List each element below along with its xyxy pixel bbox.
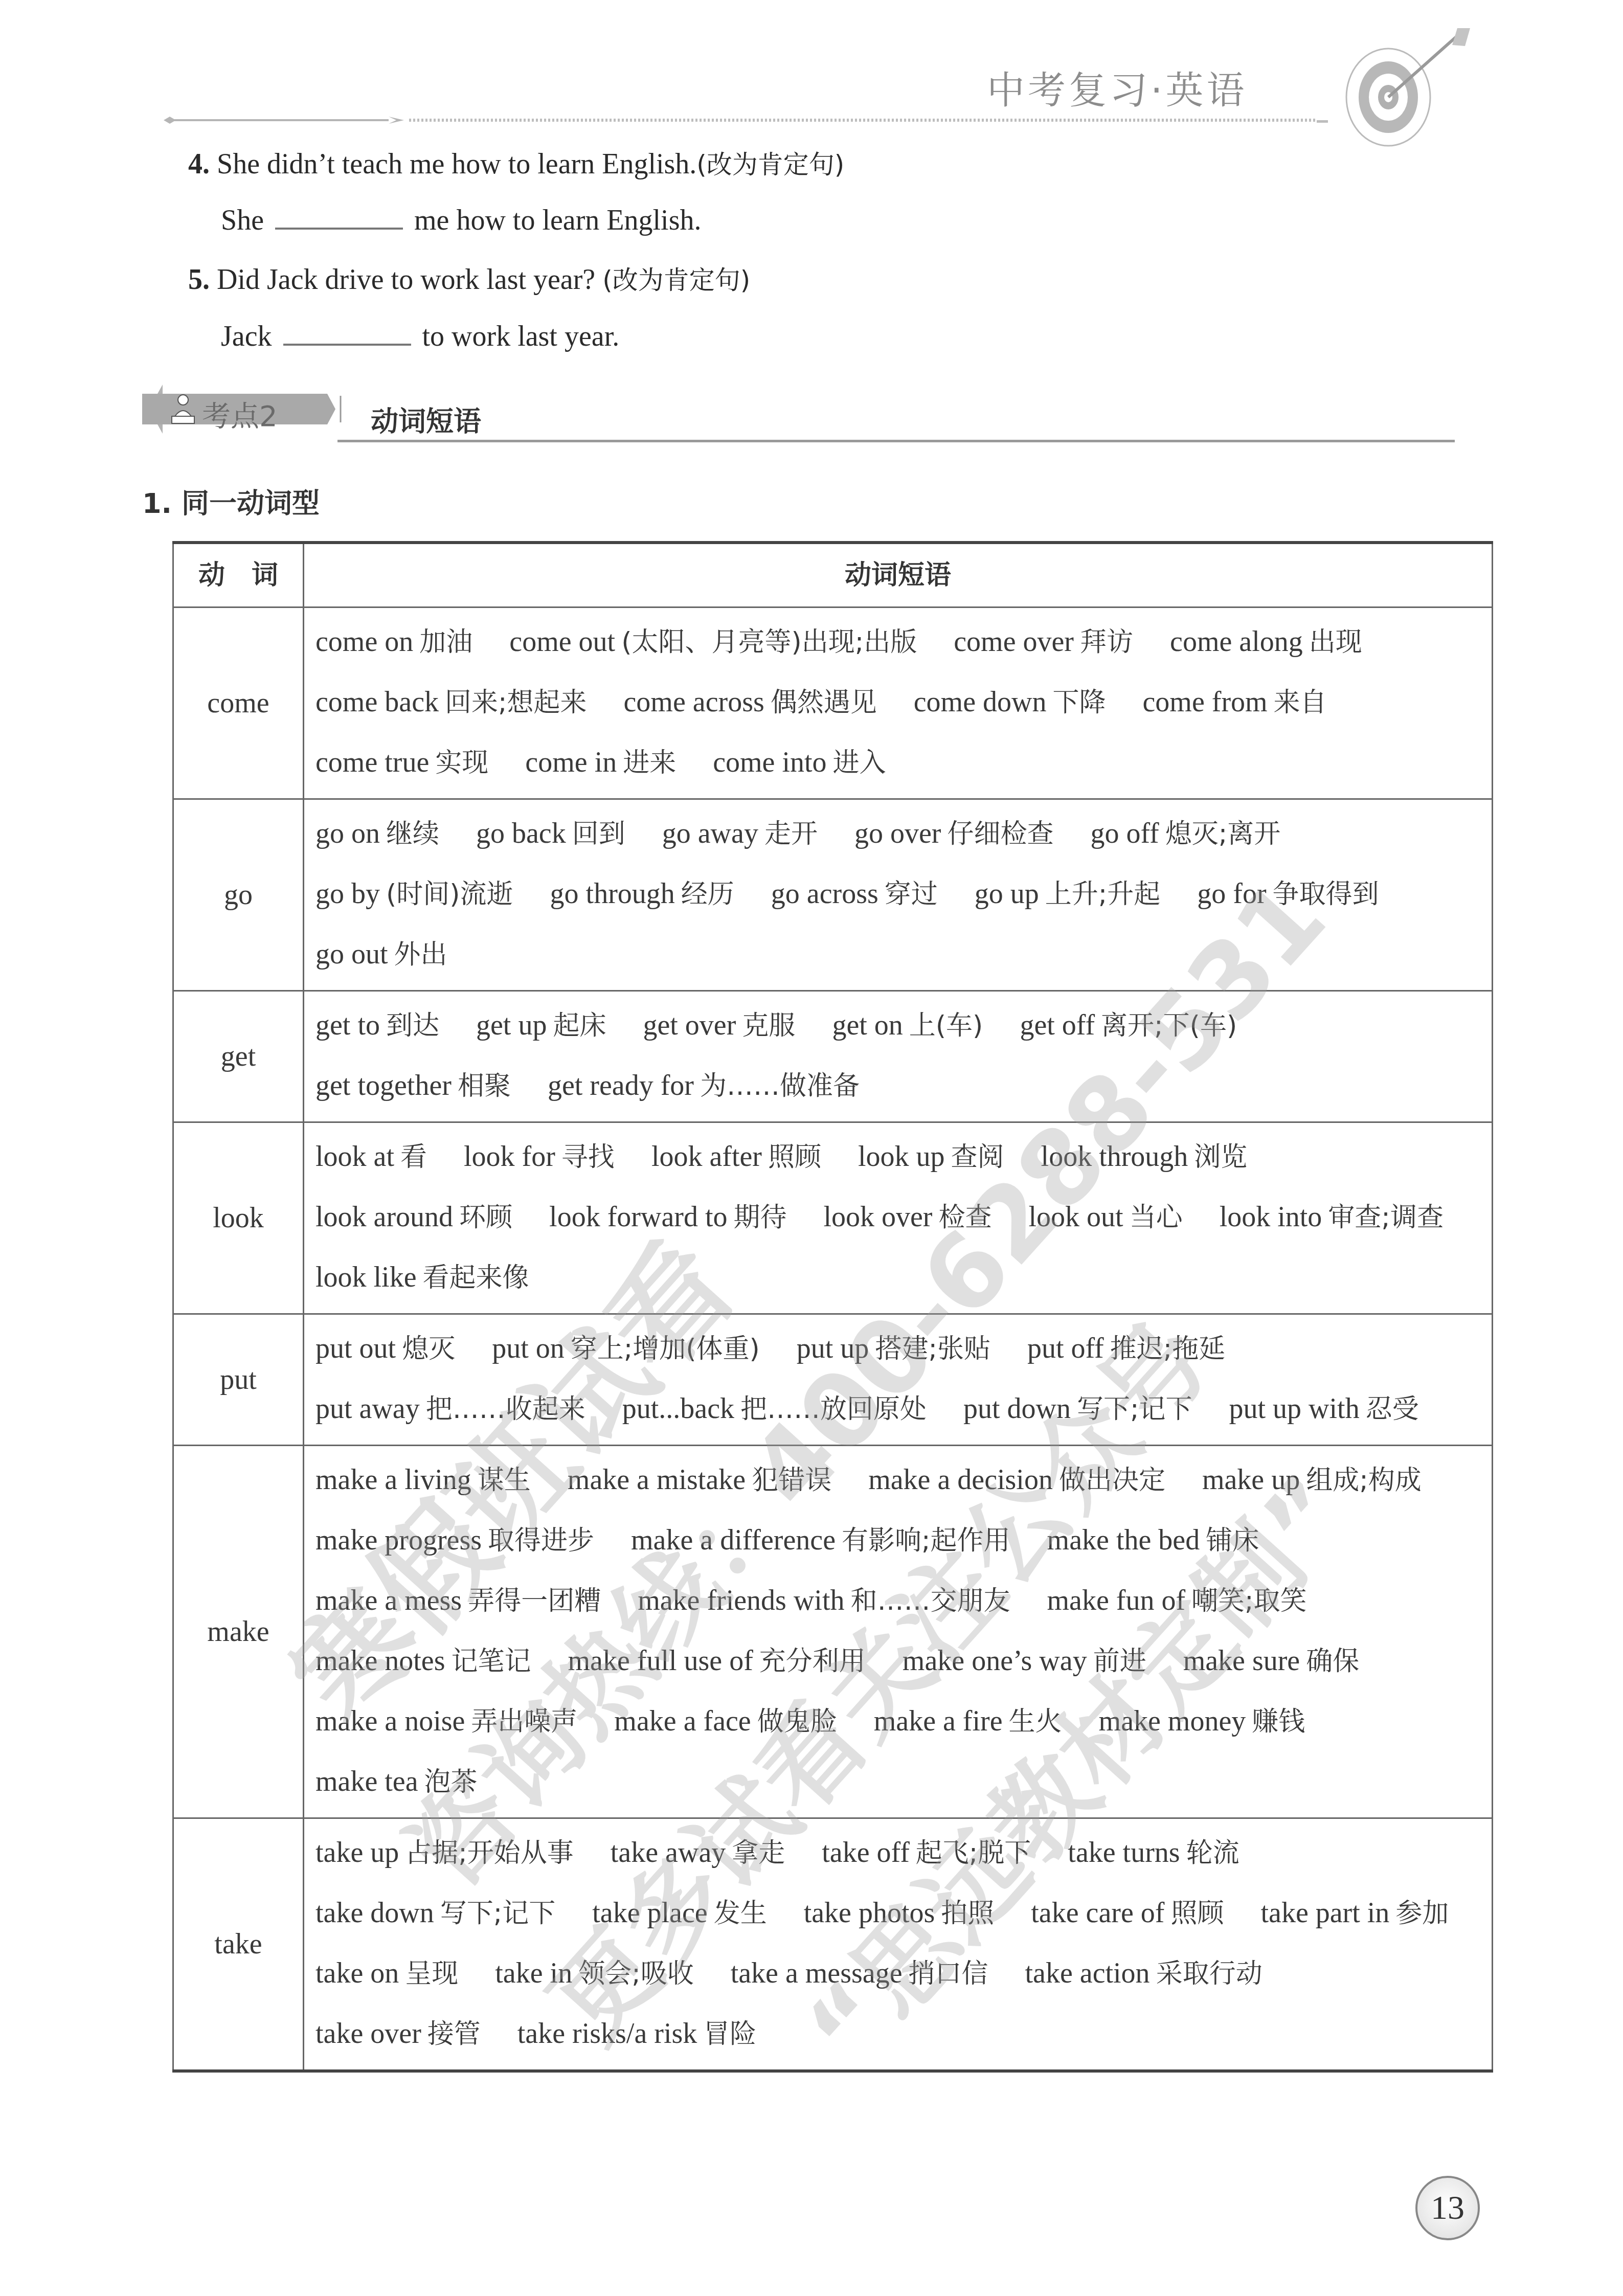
phrase-chinese: 进入 xyxy=(833,748,886,778)
phrase-english: take off xyxy=(822,1837,910,1869)
phrase-item: go away走开 xyxy=(662,818,818,849)
phrase-english: come into xyxy=(713,747,826,778)
answer-suffix: me how to learn English. xyxy=(414,205,701,236)
phrase-english: make full use of xyxy=(568,1645,753,1677)
table-row: putput out熄灭 put on穿上;增加(体重) put up搭建;张贴… xyxy=(173,1314,1493,1446)
phrase-chinese: 相聚 xyxy=(458,1071,511,1101)
phrase-english: take a message xyxy=(731,1957,903,1989)
phrase-chinese: 检查 xyxy=(939,1202,992,1233)
phrase-english: make a living xyxy=(315,1464,471,1496)
phrase-chinese: 充分利用 xyxy=(759,1646,866,1677)
phrase-chinese: 弄得一团糟 xyxy=(468,1586,601,1616)
phrase-item: come true实现 xyxy=(315,747,488,778)
running-header-title: 中考复习·英语 xyxy=(987,60,1248,115)
phrase-item: take risks/a risk冒险 xyxy=(517,2018,757,2050)
phrase-chinese: 呈现 xyxy=(405,1959,458,1989)
phrase-english: make notes xyxy=(315,1645,445,1677)
section-tag-label: 考点2 xyxy=(202,394,278,435)
phrase-chinese: 犯错误 xyxy=(752,1465,831,1496)
verb-cell: make xyxy=(173,1446,304,1818)
phrase-chinese: 写下;记下 xyxy=(1077,1394,1192,1425)
phrase-english: get off xyxy=(1020,1009,1095,1041)
phrase-chinese: 外出 xyxy=(394,939,447,970)
page-number: 13 xyxy=(1415,2176,1480,2240)
phrase-english: take part in xyxy=(1260,1897,1389,1929)
phrase-item: make money赚钱 xyxy=(1099,1705,1305,1737)
phrase-item: go on继续 xyxy=(315,818,439,849)
phrase-chinese: 领会;吸收 xyxy=(578,1959,694,1989)
phrase-item: go back回到 xyxy=(476,818,625,849)
phrase-item: go out外出 xyxy=(315,938,447,970)
phrase-item: come back回来;想起来 xyxy=(315,686,587,718)
phrase-chinese: 看 xyxy=(400,1142,427,1173)
phrase-item: look through浏览 xyxy=(1041,1141,1248,1173)
phrase-chinese: 回来;想起来 xyxy=(445,687,587,718)
phrase-english: take turns xyxy=(1068,1837,1180,1869)
phrase-chinese: 熄灭;离开 xyxy=(1165,819,1281,849)
phrase-english: get ready for xyxy=(548,1070,694,1101)
phrase-chinese: 忍受 xyxy=(1366,1394,1419,1425)
verb-cell: look xyxy=(173,1122,304,1314)
phrase-item: make up组成;构成 xyxy=(1202,1464,1422,1496)
phrase-english: put...back xyxy=(622,1393,734,1425)
phrase-chinese: 当心 xyxy=(1130,1202,1183,1233)
phrase-item: put out熄灭 xyxy=(315,1333,455,1364)
phrase-chinese: 偶然遇见 xyxy=(771,687,877,718)
phrase-chinese: 把……收起来 xyxy=(426,1394,585,1425)
phrase-english: go by xyxy=(315,878,380,910)
phrase-english: make a mess xyxy=(315,1585,462,1616)
phrase-item: make sure确保 xyxy=(1183,1645,1360,1677)
phrase-english: come true xyxy=(315,747,429,778)
table-row: comecome on加油 come out(太阳、月亮等)出现;出版 come… xyxy=(173,607,1493,799)
phrase-item: take photos拍照 xyxy=(804,1897,995,1929)
phrase-chinese: 接管 xyxy=(427,2019,481,2050)
phrase-english: come across xyxy=(624,686,764,718)
phrase-item: put...back把……放回原处 xyxy=(622,1393,927,1425)
answer-blank[interactable] xyxy=(283,318,411,346)
phrase-chinese: 铺床 xyxy=(1206,1525,1259,1556)
phrase-chinese: 起飞;脱下 xyxy=(916,1838,1031,1869)
phrase-english: make money xyxy=(1099,1705,1246,1737)
phrase-item: go through经历 xyxy=(550,878,734,910)
table-row: taketake up占据;开始从事 take away拿走 take off起… xyxy=(173,1818,1493,2072)
phrase-english: take away xyxy=(611,1837,726,1869)
phrase-item: take turns轮流 xyxy=(1068,1837,1239,1869)
phrase-chinese: 推迟;拖延 xyxy=(1110,1334,1226,1364)
phrase-item: put down写下;记下 xyxy=(963,1393,1192,1425)
question-4-answer: Sheme how to learn English. xyxy=(221,202,701,237)
phrase-english: make up xyxy=(1202,1464,1300,1496)
phrase-english: look forward to xyxy=(549,1201,727,1233)
phrase-chinese: 搭建;张贴 xyxy=(875,1334,990,1364)
phrase-english: put on xyxy=(492,1333,565,1364)
phrase-chinese: 弄出噪声 xyxy=(471,1706,577,1737)
answer-prefix: Jack xyxy=(221,321,272,352)
phrase-english: make progress xyxy=(315,1524,482,1556)
phrase-item: make the bed铺床 xyxy=(1047,1524,1259,1556)
phrase-item: go over仔细检查 xyxy=(854,818,1054,849)
phrase-item: look at看 xyxy=(315,1141,427,1173)
answer-blank[interactable] xyxy=(275,202,403,230)
phrase-item: look around环顾 xyxy=(315,1201,512,1233)
phrase-english: get on xyxy=(832,1009,903,1041)
phrase-item: take away拿走 xyxy=(611,1837,785,1869)
header-phrases: 动词短语 xyxy=(304,543,1493,607)
subsection-title: 1. 同一动词型 xyxy=(142,482,320,521)
phrase-chinese: 回到 xyxy=(572,819,625,849)
phrase-chinese: 做鬼脸 xyxy=(757,1706,837,1737)
phrase-item: come from来自 xyxy=(1142,686,1326,718)
phrase-chinese: 起床 xyxy=(553,1010,606,1041)
phrase-english: go over xyxy=(854,818,941,849)
phrase-english: look after xyxy=(651,1141,762,1173)
phrase-item: come along出现 xyxy=(1170,626,1362,658)
phrase-chinese: 走开 xyxy=(764,819,818,849)
phrase-item: put up搭建;张贴 xyxy=(797,1333,990,1364)
phrase-item: take a message捎口信 xyxy=(731,1957,988,1989)
question-4: 4. She didn’t teach me how to learn Engl… xyxy=(188,144,844,181)
question-number: 5. xyxy=(188,264,210,296)
phrase-item: take in领会;吸收 xyxy=(495,1957,693,1989)
phrase-english: get over xyxy=(643,1009,736,1041)
answer-prefix: She xyxy=(221,205,264,236)
section-title: 动词短语 xyxy=(371,400,481,439)
phrase-item: come down下降 xyxy=(914,686,1106,718)
phrases-cell: get to到达 get up起床 get over克服 get on上(车) … xyxy=(304,991,1493,1122)
phrase-chinese: (时间)流逝 xyxy=(386,879,513,910)
phrase-item: make a mistake犯错误 xyxy=(568,1464,831,1496)
phrase-english: go through xyxy=(550,878,675,910)
phrase-english: make friends with xyxy=(638,1585,844,1616)
phrase-item: get up起床 xyxy=(476,1009,606,1041)
verb-phrase-table: 动 词 动词短语 comecome on加油 come out(太阳、月亮等)出… xyxy=(172,541,1493,2073)
phrase-chinese: 拿走 xyxy=(732,1838,785,1869)
phrase-chinese: 嘲笑;取笑 xyxy=(1191,1586,1307,1616)
phrase-english: look into xyxy=(1220,1201,1322,1233)
phrase-chinese: 上升;升起 xyxy=(1045,879,1161,910)
phrase-chinese: 查阅 xyxy=(951,1142,1004,1173)
phrase-english: come on xyxy=(315,626,413,658)
phrase-item: make a noise弄出噪声 xyxy=(315,1705,577,1737)
phrase-english: get to xyxy=(315,1009,380,1041)
phrase-chinese: 为……做准备 xyxy=(700,1071,860,1101)
phrase-item: look after照顾 xyxy=(651,1141,821,1173)
phrase-chinese: 争取得到 xyxy=(1273,879,1379,910)
phrase-item: make a difference有影响;起作用 xyxy=(631,1524,1010,1556)
verb-cell: put xyxy=(173,1314,304,1446)
verb-cell: come xyxy=(173,607,304,799)
phrase-english: put off xyxy=(1027,1333,1104,1364)
phrase-english: make sure xyxy=(1183,1645,1300,1677)
phrase-item: make notes记笔记 xyxy=(315,1645,531,1677)
phrase-english: go back xyxy=(476,818,566,849)
phrase-english: look at xyxy=(315,1141,394,1173)
phrase-chinese: 前进 xyxy=(1093,1646,1146,1677)
phrase-chinese: 环顾 xyxy=(459,1202,512,1233)
phrase-chinese: 进来 xyxy=(623,748,676,778)
phrase-chinese: 上(车) xyxy=(909,1010,983,1041)
phrase-english: look for xyxy=(464,1141,555,1173)
phrase-english: make a noise xyxy=(315,1705,465,1737)
phrase-chinese: 占据;开始从事 xyxy=(405,1838,574,1869)
phrase-english: look out xyxy=(1029,1201,1123,1233)
phrases-cell: make a living谋生 make a mistake犯错误 make a… xyxy=(304,1446,1493,1818)
phrase-item: make full use of充分利用 xyxy=(568,1645,866,1677)
phrase-chinese: 期待 xyxy=(733,1202,786,1233)
phrase-chinese: 赚钱 xyxy=(1252,1706,1305,1737)
phrase-chinese: 和……交朋友 xyxy=(850,1586,1010,1616)
phrase-item: make a mess弄得一团糟 xyxy=(315,1585,601,1616)
phrase-english: make the bed xyxy=(1047,1524,1200,1556)
phrase-english: put up xyxy=(797,1333,869,1364)
phrase-item: look up查阅 xyxy=(858,1141,1004,1173)
phrase-item: take over接管 xyxy=(315,2018,481,2050)
section-rule xyxy=(337,440,1455,442)
phrase-item: get off离开;下(车) xyxy=(1020,1009,1237,1041)
phrase-chinese: 离开;下(车) xyxy=(1101,1010,1237,1041)
phrase-item: look into审查;调查 xyxy=(1220,1201,1444,1233)
phrase-item: look out当心 xyxy=(1029,1201,1183,1233)
phrase-english: go off xyxy=(1090,818,1159,849)
phrase-chinese: 谋生 xyxy=(478,1465,531,1496)
phrase-item: go up上升;升起 xyxy=(975,878,1161,910)
phrase-item: get on上(车) xyxy=(832,1009,983,1041)
header-verb: 动 词 xyxy=(173,543,304,607)
phrase-chinese: 确保 xyxy=(1306,1646,1359,1677)
phrase-english: take action xyxy=(1025,1957,1150,1989)
phrase-chinese: 加油 xyxy=(419,627,472,658)
phrase-item: make a face做鬼脸 xyxy=(614,1705,837,1737)
phrase-chinese: 发生 xyxy=(714,1898,767,1929)
phrase-item: come in进来 xyxy=(525,747,676,778)
phrase-english: put out xyxy=(315,1333,396,1364)
phrases-cell: put out熄灭 put on穿上;增加(体重) put up搭建;张贴 pu… xyxy=(304,1314,1493,1446)
phrase-english: make a fire xyxy=(874,1705,1003,1737)
phrase-item: look for寻找 xyxy=(464,1141,615,1173)
phrase-english: take up xyxy=(315,1837,399,1869)
phrase-chinese: 看起来像 xyxy=(423,1263,529,1293)
table-header-row: 动 词 动词短语 xyxy=(173,543,1493,607)
phrase-item: take place发生 xyxy=(592,1897,767,1929)
phrase-item: get over克服 xyxy=(643,1009,795,1041)
phrase-chinese: 泡茶 xyxy=(424,1767,478,1797)
phrase-english: get together xyxy=(315,1070,452,1101)
phrase-english: put down xyxy=(963,1393,1071,1425)
question-5-answer: Jackto work last year. xyxy=(221,318,619,353)
phrase-item: take care of照顾 xyxy=(1031,1897,1224,1929)
phrase-english: come out xyxy=(509,626,615,658)
question-number: 4. xyxy=(188,148,210,180)
phrase-item: come across偶然遇见 xyxy=(624,686,877,718)
phrase-english: put up with xyxy=(1229,1393,1360,1425)
phrase-chinese: 审查;调查 xyxy=(1328,1202,1444,1233)
verb-cell: go xyxy=(173,799,304,991)
phrase-english: go across xyxy=(771,878,878,910)
phrase-english: go away xyxy=(662,818,758,849)
reader-person-icon xyxy=(169,393,197,429)
phrase-chinese: 熄灭 xyxy=(402,1334,455,1364)
phrase-chinese: 经历 xyxy=(681,879,734,910)
phrase-chinese: 照顾 xyxy=(768,1142,821,1173)
phrase-item: look forward to期待 xyxy=(549,1201,786,1233)
phrase-chinese: 写下;记下 xyxy=(440,1898,556,1929)
phrase-item: come over拜访 xyxy=(954,626,1133,658)
arrow-divider-icon xyxy=(164,117,1329,124)
phrase-english: take over xyxy=(315,2018,421,2050)
phrase-item: take part in参加 xyxy=(1260,1897,1449,1929)
phrase-item: take off起飞;脱下 xyxy=(822,1837,1031,1869)
phrase-item: make tea泡茶 xyxy=(315,1766,478,1797)
phrase-chinese: 拍照 xyxy=(941,1898,994,1929)
phrase-english: look around xyxy=(315,1201,453,1233)
phrase-english: make tea xyxy=(315,1766,418,1797)
phrase-item: make a fire生火 xyxy=(874,1705,1062,1737)
phrase-item: come into进入 xyxy=(713,747,886,778)
phrase-english: come back xyxy=(315,686,439,718)
phrase-chinese: 照顾 xyxy=(1170,1898,1224,1929)
phrase-chinese: 取得进步 xyxy=(488,1525,594,1556)
phrase-english: take place xyxy=(592,1897,707,1929)
phrase-chinese: 冒险 xyxy=(703,2019,756,2050)
phrase-chinese: 组成;构成 xyxy=(1306,1465,1422,1496)
phrase-english: go out xyxy=(315,938,388,970)
phrases-cell: go on继续 go back回到 go away走开 go over仔细检查 … xyxy=(304,799,1493,991)
phrase-item: go for争取得到 xyxy=(1197,878,1379,910)
phrase-english: look over xyxy=(823,1201,932,1233)
phrase-english: put away xyxy=(315,1393,420,1425)
phrase-english: make one’s way xyxy=(903,1645,1087,1677)
phrase-english: look up xyxy=(858,1141,945,1173)
phrase-english: look through xyxy=(1041,1141,1188,1173)
phrase-item: look over检查 xyxy=(823,1201,991,1233)
question-prompt: Did Jack drive to work last year? xyxy=(217,264,595,296)
phrase-item: look like看起来像 xyxy=(315,1262,529,1293)
phrase-english: take down xyxy=(315,1897,434,1929)
table-row: looklook at看 look for寻找 look after照顾 loo… xyxy=(173,1122,1493,1314)
phrase-item: make one’s way前进 xyxy=(903,1645,1146,1677)
question-instruction: (改为肯定句) xyxy=(696,150,844,179)
phrase-english: come along xyxy=(1170,626,1303,658)
phrase-chinese: 仔细检查 xyxy=(947,819,1053,849)
phrase-english: make a face xyxy=(614,1705,751,1737)
phrase-english: take risks/a risk xyxy=(517,2018,697,2050)
phrase-chinese: 生火 xyxy=(1009,1706,1062,1737)
phrase-item: come out(太阳、月亮等)出现;出版 xyxy=(509,626,917,658)
phrase-english: go up xyxy=(975,878,1039,910)
phrase-item: put up with忍受 xyxy=(1229,1393,1419,1425)
phrase-english: go for xyxy=(1197,878,1266,910)
phrase-chinese: 下降 xyxy=(1052,687,1106,718)
phrase-chinese: 拜访 xyxy=(1080,627,1133,658)
phrase-item: get to到达 xyxy=(315,1009,439,1041)
phrase-chinese: 克服 xyxy=(742,1010,795,1041)
phrase-item: take action采取行动 xyxy=(1025,1957,1263,1989)
phrase-chinese: 把……放回原处 xyxy=(740,1394,927,1425)
phrase-english: look like xyxy=(315,1262,417,1293)
verb-cell: take xyxy=(173,1818,304,2072)
phrase-english: get up xyxy=(476,1009,547,1041)
table-row: makemake a living谋生 make a mistake犯错误 ma… xyxy=(173,1446,1493,1818)
phrases-cell: come on加油 come out(太阳、月亮等)出现;出版 come ove… xyxy=(304,607,1493,799)
phrase-item: take down写下;记下 xyxy=(315,1897,555,1929)
phrase-chinese: 轮流 xyxy=(1186,1838,1239,1869)
phrase-item: put away把……收起来 xyxy=(315,1393,585,1425)
phrase-chinese: 参加 xyxy=(1395,1898,1449,1929)
phrase-item: put on穿上;增加(体重) xyxy=(492,1333,760,1364)
phrase-chinese: 采取行动 xyxy=(1156,1959,1263,1989)
phrase-item: make friends with和……交朋友 xyxy=(638,1585,1010,1616)
phrase-english: come down xyxy=(914,686,1047,718)
question-instruction: (改为肯定句) xyxy=(602,265,750,295)
phrase-item: put off推迟;拖延 xyxy=(1027,1333,1225,1364)
phrase-chinese: 做出决定 xyxy=(1059,1465,1165,1496)
phrase-item: come on加油 xyxy=(315,626,472,658)
phrase-english: come from xyxy=(1142,686,1267,718)
phrase-english: come over xyxy=(954,626,1074,658)
phrase-chinese: 出现 xyxy=(1309,627,1362,658)
phrase-chinese: 穿上;增加(体重) xyxy=(571,1334,760,1364)
phrase-chinese: 有影响;起作用 xyxy=(842,1525,1010,1556)
phrase-english: go on xyxy=(315,818,380,849)
phrase-english: take on xyxy=(315,1957,399,1989)
phrase-chinese: 来自 xyxy=(1274,687,1327,718)
table-row: gogo on继续 go back回到 go away走开 go over仔细检… xyxy=(173,799,1493,991)
phrase-english: make a difference xyxy=(631,1524,836,1556)
phrase-chinese: 记笔记 xyxy=(451,1646,531,1677)
phrases-cell: look at看 look for寻找 look after照顾 look up… xyxy=(304,1122,1493,1314)
target-arrow-icon xyxy=(1335,26,1488,148)
phrase-chinese: 寻找 xyxy=(561,1142,615,1173)
phrase-item: take on呈现 xyxy=(315,1957,458,1989)
phrase-item: take up占据;开始从事 xyxy=(315,1837,574,1869)
phrase-english: take photos xyxy=(804,1897,935,1929)
phrase-chinese: 捎口信 xyxy=(909,1959,988,1989)
table-row: getget to到达 get up起床 get over克服 get on上(… xyxy=(173,991,1493,1122)
phrase-english: take in xyxy=(495,1957,572,1989)
phrase-english: come in xyxy=(525,747,617,778)
phrase-item: go across穿过 xyxy=(771,878,938,910)
question-prompt: She didn’t teach me how to learn English… xyxy=(217,148,696,180)
phrase-item: make progress取得进步 xyxy=(315,1524,594,1556)
phrase-english: make a decision xyxy=(868,1464,1053,1496)
phrase-item: make a living谋生 xyxy=(315,1464,531,1496)
phrase-english: take care of xyxy=(1031,1897,1164,1929)
phrase-chinese: 实现 xyxy=(435,748,488,778)
phrase-item: get ready for为……做准备 xyxy=(548,1070,860,1101)
question-5: 5. Did Jack drive to work last year? (改为… xyxy=(188,260,750,297)
phrase-item: go off熄灭;离开 xyxy=(1090,818,1280,849)
phrase-item: make fun of嘲笑;取笑 xyxy=(1047,1585,1307,1616)
phrase-english: make a mistake xyxy=(568,1464,746,1496)
phrase-chinese: (太阳、月亮等)出现;出版 xyxy=(621,627,917,658)
phrase-chinese: 继续 xyxy=(386,819,439,849)
phrases-cell: take up占据;开始从事 take away拿走 take off起飞;脱下… xyxy=(304,1818,1493,2072)
phrase-item: make a decision做出决定 xyxy=(868,1464,1165,1496)
phrase-chinese: 浏览 xyxy=(1194,1142,1247,1173)
phrase-english: make fun of xyxy=(1047,1585,1186,1616)
answer-suffix: to work last year. xyxy=(422,321,620,352)
verb-cell: get xyxy=(173,991,304,1122)
phrase-item: get together相聚 xyxy=(315,1070,511,1101)
phrase-item: go by(时间)流逝 xyxy=(315,878,513,910)
phrase-chinese: 穿过 xyxy=(885,879,938,910)
phrase-chinese: 到达 xyxy=(386,1010,439,1041)
